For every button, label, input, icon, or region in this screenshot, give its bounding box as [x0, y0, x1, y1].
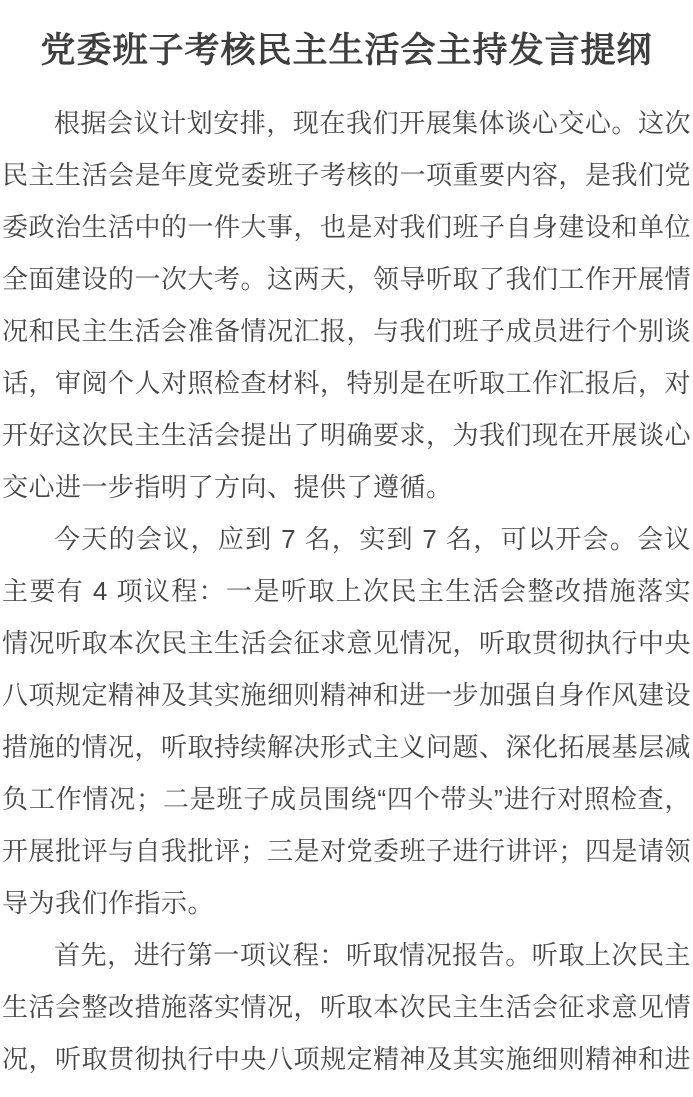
paragraph-agenda: 今天的会议，应到 7 名，实到 7 名，可以开会。会议主要有 4 项议程：一是听… [2, 513, 691, 929]
paragraph-first-agenda-item: 首先，进行第一项议程：听取情况报告。听取上次民主生活会整改措施落实情况，听取本次… [2, 929, 691, 1085]
document-title: 党委班子考核民主生活会主持发言提纲 [18, 26, 675, 77]
paragraph-opening: 根据会议计划安排，现在我们开展集体谈心交心。这次民主生活会是年度党委班子考核的一… [2, 97, 691, 513]
document-body: 根据会议计划安排，现在我们开展集体谈心交心。这次民主生活会是年度党委班子考核的一… [0, 97, 693, 1085]
document-page: 党委班子考核民主生活会主持发言提纲 根据会议计划安排，现在我们开展集体谈心交心。… [0, 0, 693, 1097]
